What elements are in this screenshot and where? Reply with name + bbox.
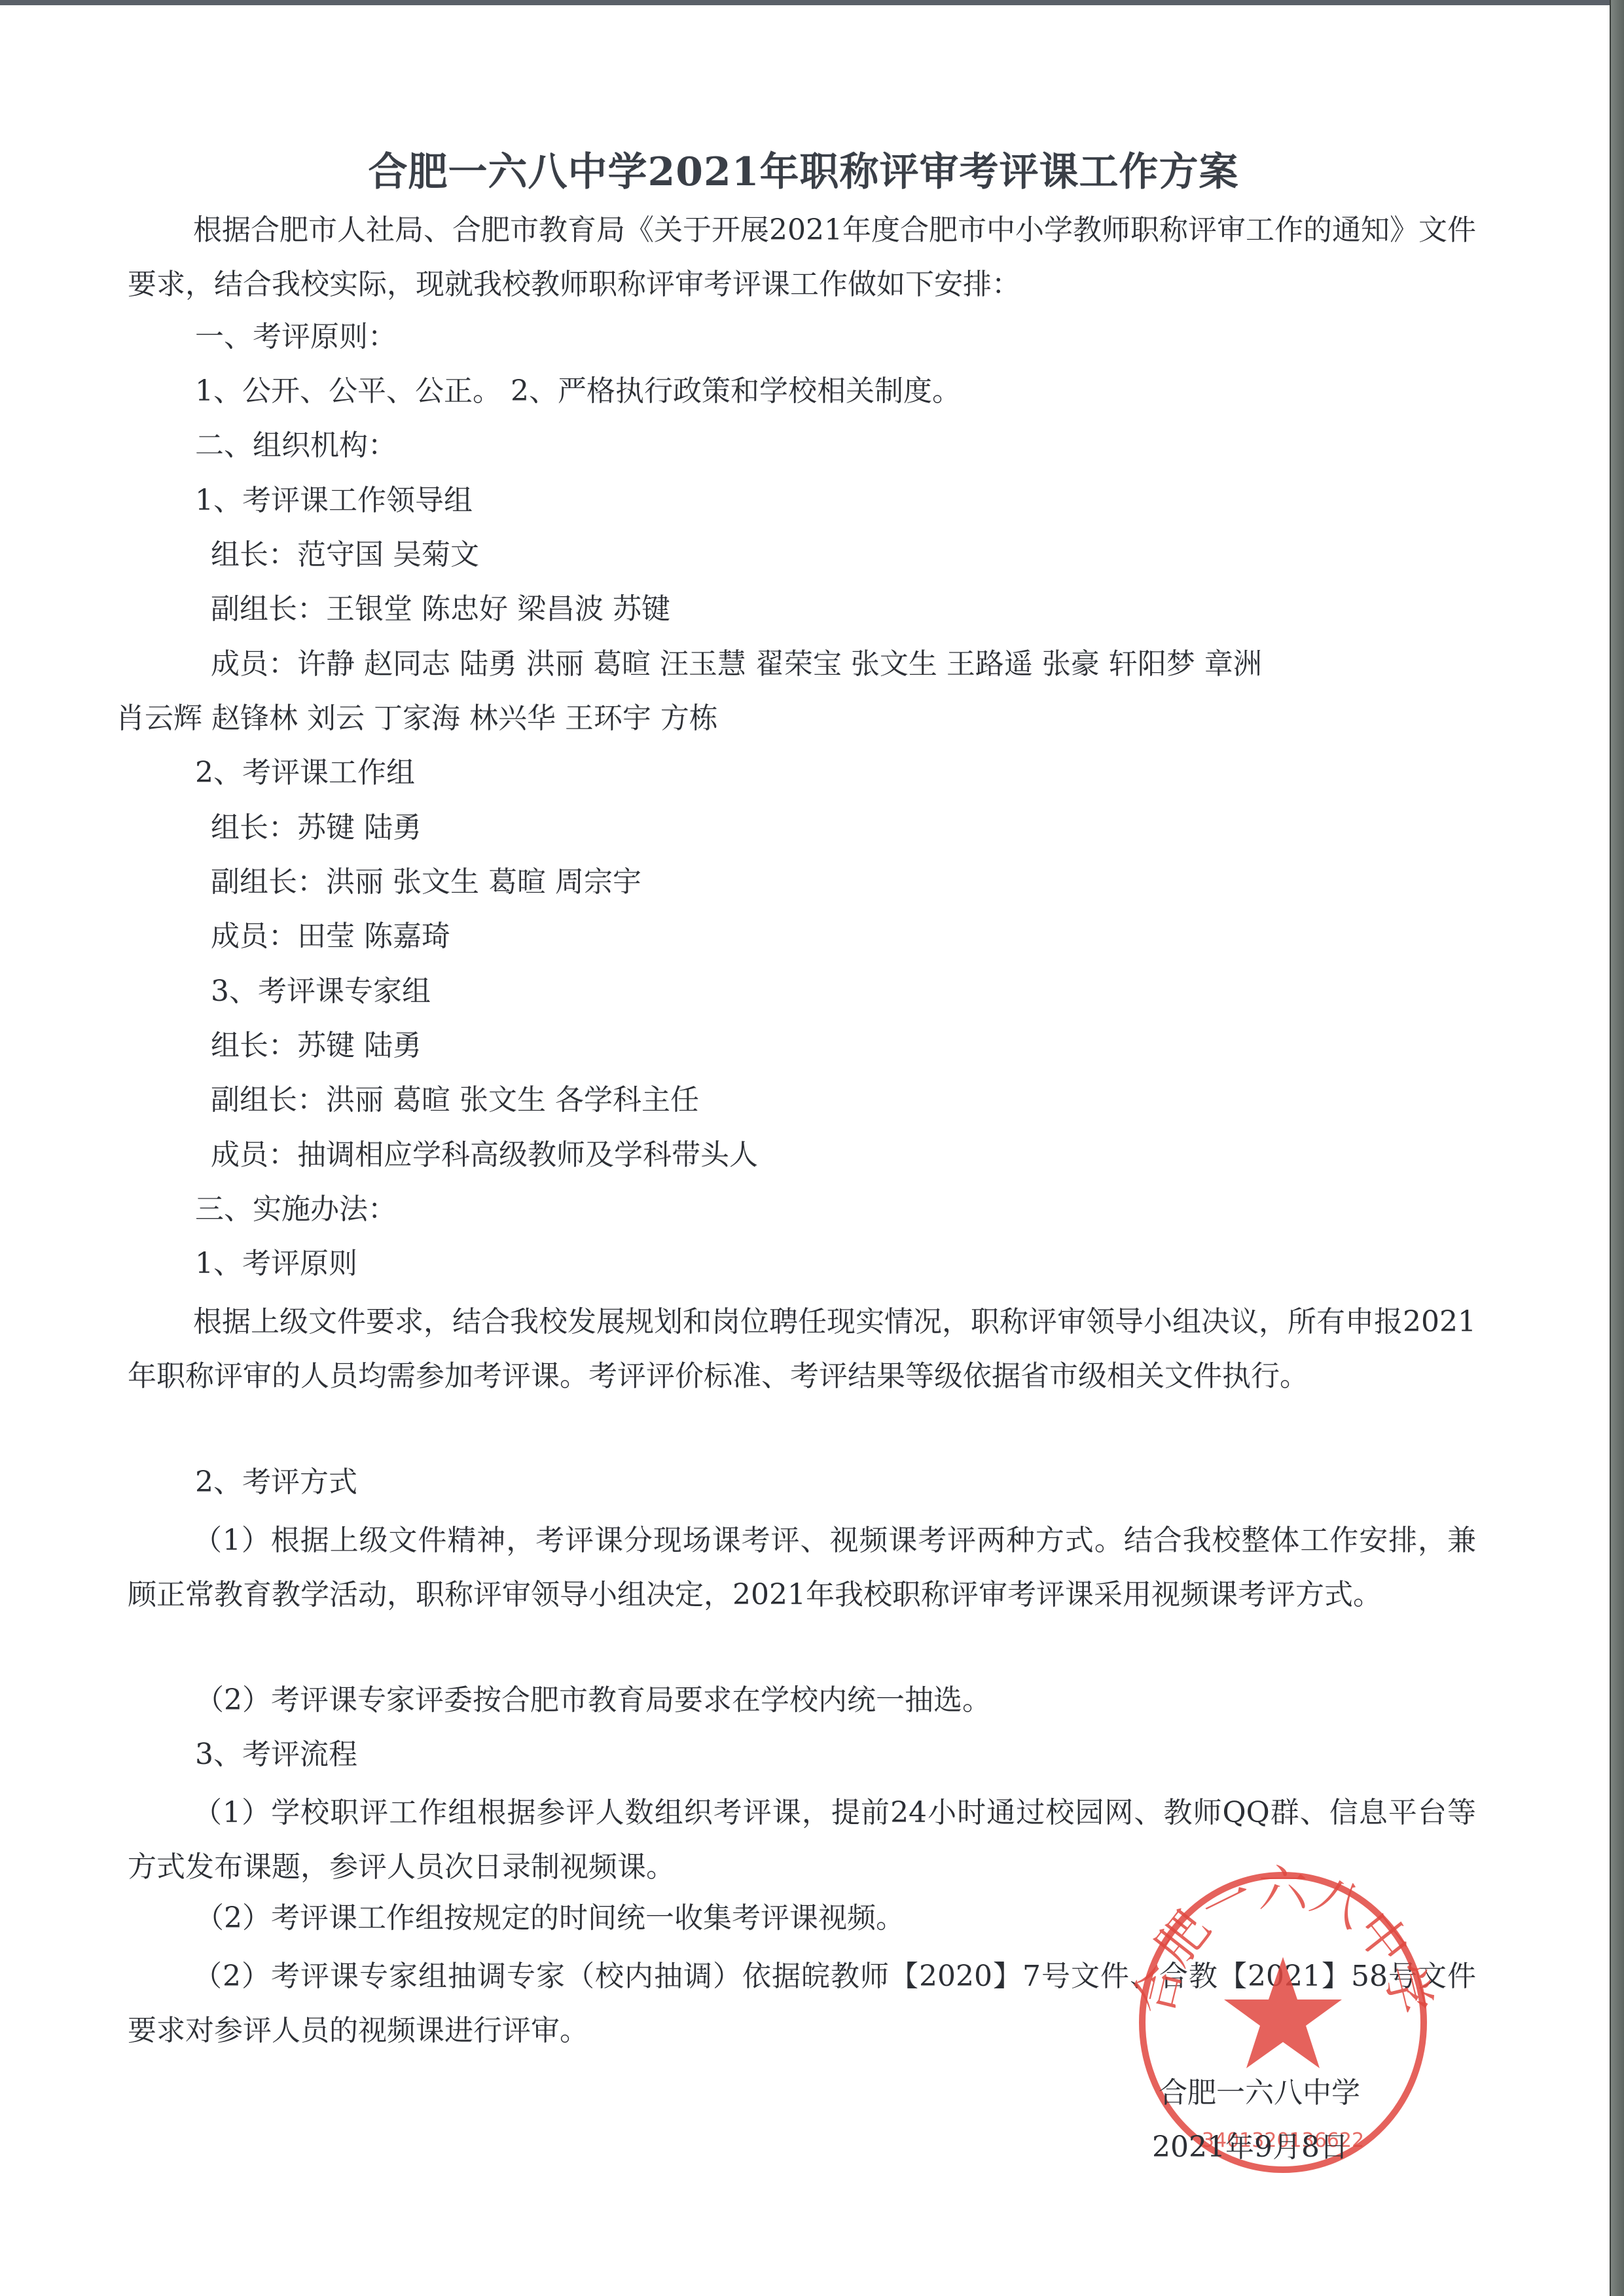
sub1-body: 根据上级文件要求，结合我校发展规划和岗位聘任现实情况，职称评审领导小组决议，所有… (128, 1295, 1476, 1403)
document-page: 合肥一六八中学2021年职称评审考评课工作方案 根据合肥市人社局、合肥市教育局《… (0, 0, 1607, 2296)
sub3-item2: （2）考评课工作组按规定的时间统一收集考评课视频。 (195, 1902, 905, 1935)
star-icon (1224, 1957, 1342, 2068)
sub3-heading: 3、考评流程 (195, 1738, 357, 1771)
group1-leader: 组长：范守国 吴菊文 (211, 539, 479, 571)
sub2-item2: （2）考评课专家评委按合肥市教育局要求在学校内统一抽选。 (195, 1684, 991, 1717)
sub2-item1: （1）根据上级文件精神，考评课分现场课考评、视频课考评两种方式。结合我校整体工作… (128, 1513, 1476, 1622)
group1-members-line1: 成员：许静 赵同志 陆勇 洪丽 葛暄 汪玉慧 翟荣宝 张文生 王路遥 张豪 轩阳… (211, 648, 1262, 681)
group3-heading: 3、考评课专家组 (211, 975, 431, 1008)
group3-deputy: 副组长：洪丽 葛暄 张文生 各学科主任 (211, 1084, 699, 1117)
signature-date: 2021年9月8日 (1152, 2131, 1348, 2164)
group3-members: 成员：抽调相应学科高级教师及学科带头人 (211, 1139, 758, 1172)
scan-edge-right (1610, 0, 1624, 2296)
document-title: 合肥一六八中学2021年职称评审考评课工作方案 (0, 141, 1607, 197)
section1-body: 1、公开、公平、公正。 2、严格执行政策和学校相关制度。 (195, 375, 961, 408)
group2-heading: 2、考评课工作组 (195, 757, 415, 789)
group2-deputy: 副组长：洪丽 张文生 葛暄 周宗宇 (211, 866, 641, 899)
section1-heading: 一、考评原则： (195, 321, 397, 353)
group3-leader: 组长：苏键 陆勇 (211, 1030, 422, 1062)
section3-heading: 三、实施办法： (195, 1193, 397, 1226)
group2-members: 成员：田莹 陈嘉琦 (211, 920, 450, 953)
sub1-heading: 1、考评原则 (195, 1247, 357, 1280)
group1-heading: 1、考评课工作领导组 (195, 484, 473, 517)
group2-leader: 组长：苏键 陆勇 (211, 812, 422, 844)
signature-org: 合肥一六八中学 (1159, 2077, 1360, 2109)
sub2-heading: 2、考评方式 (195, 1466, 357, 1499)
group1-deputy: 副组长：王银堂 陈忠好 梁昌波 苏键 (211, 593, 670, 626)
section2-heading: 二、组织机构： (195, 429, 397, 462)
intro-paragraph: 根据合肥市人社局、合肥市教育局《关于开展2021年度合肥市中小学教师职称评审工作… (128, 203, 1476, 312)
group1-members-line2: 肖云辉 赵锋林 刘云 丁家海 林兴华 王环宇 方栋 (116, 702, 718, 735)
